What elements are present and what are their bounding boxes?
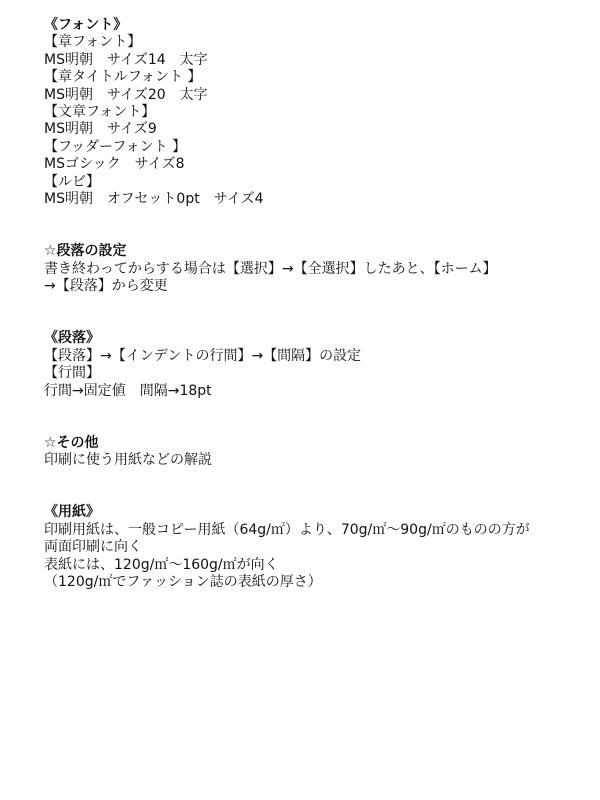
ruby-value: MS明朝 オフセット0pt サイズ4 [44,191,564,208]
other-heading: ☆その他 [44,435,564,452]
line-spacing-value: 行間→固定値 間隔→18pt [44,383,564,400]
paper-section: 《用紙》 印刷用紙は、一般コピー用紙（64g/㎡）より、70g/㎡〜90g/㎡の… [44,504,564,591]
footer-font-value: MSゴシック サイズ8 [44,156,564,173]
other-description: 印刷に使う用紙などの解説 [44,452,564,469]
paper-line-1: 印刷用紙は、一般コピー用紙（64g/㎡）より、70g/㎡〜90g/㎡のものの方が [44,522,564,539]
fonts-section: 《フォント》 【章フォント】 MS明朝 サイズ14 太字 【章タイトルフォント … [44,17,564,208]
other-section: ☆その他 印刷に使う用紙などの解説 [44,435,564,470]
chapter-font-label: 【章フォント】 [44,34,564,51]
paragraph-settings-heading: ☆段落の設定 [44,243,564,260]
spacer [44,295,564,330]
paper-line-4: （120g/㎡でファッション誌の表紙の厚さ） [44,574,564,591]
spacer [44,208,564,243]
paragraph-settings-line-2: →【段落】から変更 [44,278,564,295]
paper-heading: 《用紙》 [44,504,564,521]
spacer [44,400,564,435]
paper-line-2: 両面印刷に向く [44,539,564,556]
spacer [44,470,564,505]
paragraph-heading: 《段落》 [44,330,564,347]
document-page: 《フォント》 【章フォント】 MS明朝 サイズ14 太字 【章タイトルフォント … [44,17,564,591]
paragraph-section: 《段落》 【段落】→【インデントの行間】→【間隔】の設定 【行間】 行間→固定値… [44,330,564,400]
paragraph-settings-line-1: 書き終わってからする場合は【選択】→【全選択】したあと、【ホーム】 [44,261,564,278]
line-spacing-label: 【行間】 [44,365,564,382]
body-font-label: 【文章フォント】 [44,104,564,121]
ruby-label: 【ルビ】 [44,174,564,191]
chapter-title-font-label: 【章タイトルフォント 】 [44,69,564,86]
paragraph-path: 【段落】→【インデントの行間】→【間隔】の設定 [44,348,564,365]
body-font-value: MS明朝 サイズ9 [44,121,564,138]
paragraph-settings-section: ☆段落の設定 書き終わってからする場合は【選択】→【全選択】したあと、【ホーム】… [44,243,564,295]
chapter-font-value: MS明朝 サイズ14 太字 [44,52,564,69]
fonts-heading: 《フォント》 [44,17,564,34]
footer-font-label: 【フッダーフォント 】 [44,139,564,156]
chapter-title-font-value: MS明朝 サイズ20 太字 [44,87,564,104]
paper-line-3: 表紙には、120g/㎡〜160g/㎡が向く [44,557,564,574]
